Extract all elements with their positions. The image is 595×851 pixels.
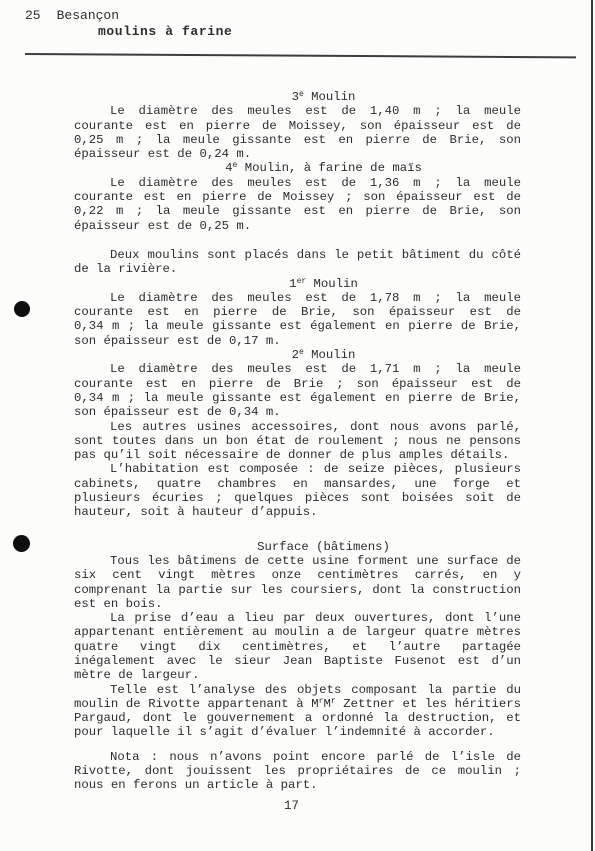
section-heading-moulin-3: 3e Moulin (74, 90, 521, 104)
paragraph-prise-eau: La prise d’eau a lieu par deux ouverture… (74, 611, 521, 682)
page-number: 17 (0, 799, 583, 813)
heading-number: 2 (292, 348, 299, 362)
city-name: Besançon (57, 8, 119, 23)
document-page: 25Besançon moulins à farine 3e Moulin Le… (0, 0, 595, 851)
paragraph-moulin-4: Le diamètre des meules est de 1,36 m ; l… (74, 176, 521, 233)
heading-ordinal-suffix: er (297, 277, 307, 286)
document-subject: moulins à farine (98, 24, 232, 39)
paragraph-moulin-1: Le diamètre des meules est de 1,78 m ; l… (74, 291, 521, 348)
heading-label: Moulin, à farine de maïs (237, 161, 421, 175)
department-number: 25 (25, 8, 41, 23)
paragraph-surface: Tous les bâtimens de cette usine forment… (74, 554, 521, 611)
section-heading-moulin-2: 2e Moulin (74, 348, 521, 362)
header-divider (25, 53, 576, 58)
heading-label: Moulin (304, 348, 356, 362)
page-header: 25Besançon (25, 8, 119, 24)
section-heading-moulin-1: 1er Moulin (74, 277, 521, 291)
paragraph-moulin-2: Le diamètre des meules est de 1,71 m ; l… (74, 362, 521, 419)
paragraph-deux-moulins: Deux moulins sont placés dans le petit b… (74, 248, 521, 277)
paragraph-moulin-3: Le diamètre des meules est de 1,40 m ; l… (74, 104, 521, 161)
paragraph-usines-accessoires: Les autres usines accessoires, dont nous… (74, 420, 521, 463)
paragraph-analyse: Telle est l’analyse des objets composant… (74, 683, 521, 740)
paragraph-nota: Nota : nous n’avons point encore parlé d… (74, 750, 521, 793)
heading-number: 4 (225, 161, 232, 175)
scan-edge-line (591, 0, 593, 851)
section-heading-moulin-4: 4e Moulin, à farine de maïs (74, 161, 521, 175)
analyse-text: M (323, 697, 330, 711)
heading-label: Moulin (304, 90, 356, 104)
document-body: 3e Moulin Le diamètre des meules est de … (74, 90, 521, 793)
section-heading-surface: Surface (bâtimens) (74, 540, 521, 554)
heading-label: Moulin (306, 277, 358, 291)
heading-number: 1 (289, 277, 296, 291)
paragraph-habitation: L’habitation est composée : de seize piè… (74, 462, 521, 519)
punch-hole-mark (13, 535, 30, 552)
punch-hole-mark (14, 301, 30, 317)
heading-number: 3 (292, 90, 299, 104)
